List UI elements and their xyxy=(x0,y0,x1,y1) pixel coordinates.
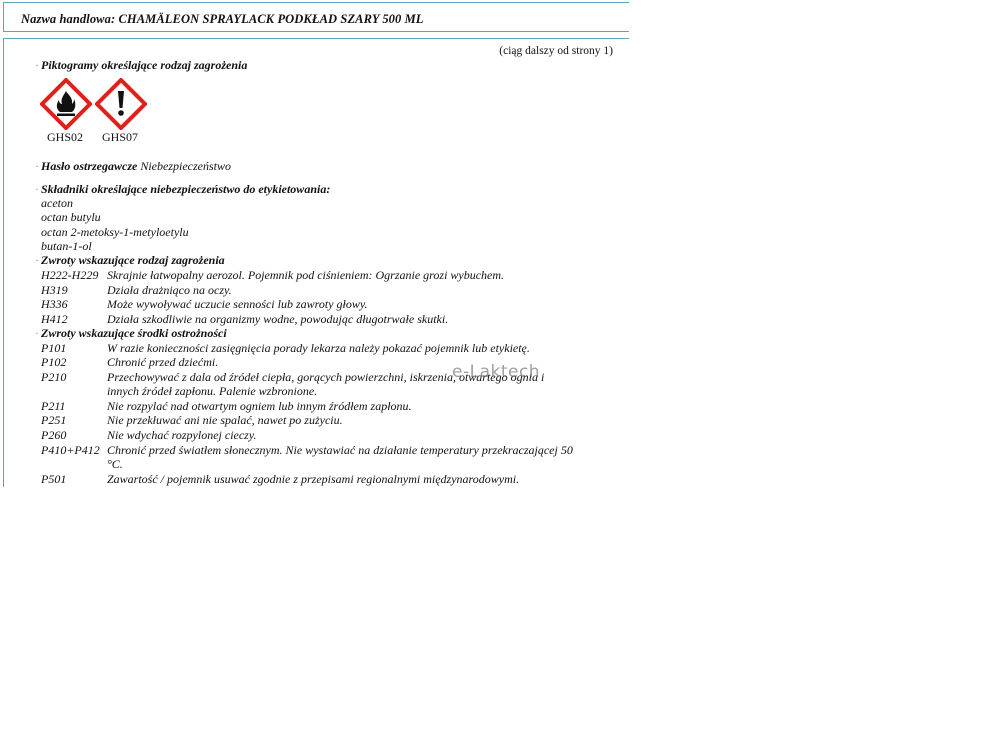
component-item: octan butylu xyxy=(41,210,101,225)
precautionary-statements-title: ·Zwroty wskazujące środki ostrożności xyxy=(35,326,227,341)
pictogram-label-ghs02: GHS02 xyxy=(47,130,83,145)
flame-icon xyxy=(40,78,92,130)
precautionary-statement-row: P501Zawartość / pojemnik usuwać zgodnie … xyxy=(41,472,519,487)
continuation-note: (ciąg dalszy od strony 1) xyxy=(499,45,613,57)
precautionary-statement-row: P101W razie konieczności zasięgnięcia po… xyxy=(41,341,530,356)
precautionary-statement-row: P410+P412Chronić przed światłem słoneczn… xyxy=(41,443,573,458)
precautionary-statement-row: P251Nie przekłuwać ani nie spalać, nawet… xyxy=(41,413,343,428)
component-item: octan 2-metoksy-1-metyloetylu xyxy=(41,225,189,240)
exclamation-icon xyxy=(95,78,147,130)
component-item: aceton xyxy=(41,196,73,211)
component-item: butan-1-ol xyxy=(41,239,92,254)
components-title: ·Składniki określające niebezpieczeństwo… xyxy=(35,182,330,197)
hazard-statement-row: H412Działa szkodliwie na organizmy wodne… xyxy=(41,312,448,327)
signal-word-value: Niebezpieczeństwo xyxy=(140,159,231,173)
precautionary-statement-row: P260Nie wdychać rozpylonej cieczy. xyxy=(41,428,257,443)
trade-name: Nazwa handlowa: CHAMÄLEON SPRAYLACK PODK… xyxy=(21,12,424,27)
hazard-statement-row: H336Może wywoływać uczucie senności lub … xyxy=(41,297,368,312)
pictograms-title: ·Piktogramy określające rodzaj zagrożeni… xyxy=(35,58,247,73)
signal-word-line: ·Hasło ostrzegawcze Niebezpieczeństwo xyxy=(35,159,231,174)
precautionary-statement-row-cont: innych źródeł zapłonu. Palenie wzbronion… xyxy=(41,384,317,399)
precautionary-statement-row-cont: °C. xyxy=(41,457,123,472)
trade-name-header: Nazwa handlowa: CHAMÄLEON SPRAYLACK PODK… xyxy=(3,2,629,32)
watermark: e-Laktech xyxy=(452,362,540,382)
hazard-statement-row: H319Działa drażniąco na oczy. xyxy=(41,283,232,298)
hazard-statements-title: ·Zwroty wskazujące rodzaj zagrożenia xyxy=(35,253,225,268)
hazard-statement-row: H222-H229Skrajnie łatwopalny aerozol. Po… xyxy=(41,268,504,283)
precautionary-statement-row: P211Nie rozpylać nad otwartym ogniem lub… xyxy=(41,399,412,414)
signal-word-label: Hasło ostrzegawcze xyxy=(41,159,137,173)
precautionary-statement-row: P102Chronić przed dziećmi. xyxy=(41,355,218,370)
pictogram-label-ghs07: GHS07 xyxy=(102,130,138,145)
